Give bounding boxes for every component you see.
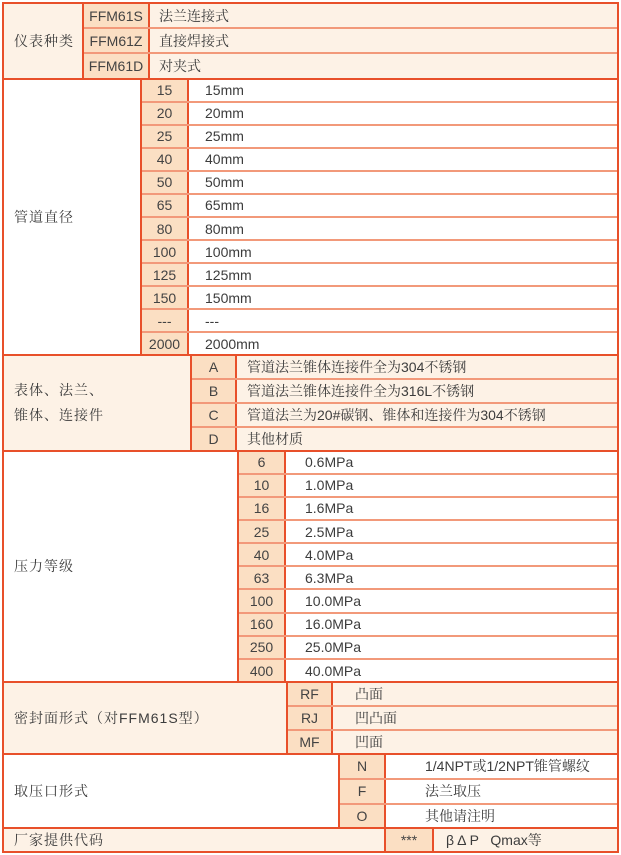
option-row: D其他材质 xyxy=(192,426,617,450)
option-code: 80 xyxy=(142,218,189,239)
option-desc: 凹凸面 xyxy=(333,707,617,729)
option-desc: 80mm xyxy=(189,218,617,239)
option-desc: 40mm xyxy=(189,149,617,170)
option-rows: N1/4NPT或1/2NPT锥管螺纹F法兰取压O其他请注明 xyxy=(340,755,617,828)
option-row: 2525mm xyxy=(142,124,617,147)
option-desc: 10.0MPa xyxy=(286,590,617,611)
section-label-line: 锥体、连接件 xyxy=(14,403,190,428)
section-2: 管道直径1515mm2020mm2525mm4040mm5050mm6565mm… xyxy=(4,78,617,355)
option-desc: 65mm xyxy=(189,195,617,216)
option-code: 20 xyxy=(142,103,189,124)
option-desc: 1.6MPa xyxy=(286,498,617,519)
section-5: 密封面形式（对FFM61S型）RF凸面RJ凹凸面MF凹面 xyxy=(4,681,617,753)
option-code: B xyxy=(192,380,237,402)
option-row: RJ凹凸面 xyxy=(288,705,617,729)
option-row: FFM61D对夹式 xyxy=(84,52,617,77)
section-1: 仪表种类FFM61S法兰连接式FFM61Z直接焊接式FFM61D对夹式 xyxy=(4,4,617,78)
option-desc: β Δ P Qmax等 xyxy=(434,829,617,851)
option-row: RF凸面 xyxy=(288,683,617,705)
section-4: 压力等级60.6MPa101.0MPa161.6MPa252.5MPa404.0… xyxy=(4,450,617,682)
selection-table: 仪表种类FFM61S法兰连接式FFM61Z直接焊接式FFM61D对夹式管道直径1… xyxy=(2,2,619,853)
option-code: 25 xyxy=(239,521,286,542)
option-desc: 6.3MPa xyxy=(286,567,617,588)
section-label: 仪表种类 xyxy=(4,4,84,78)
option-code: FFM61S xyxy=(84,4,150,27)
option-desc: 40.0MPa xyxy=(286,660,617,681)
option-row: 252.5MPa xyxy=(239,519,617,542)
option-desc: 管道法兰锥体连接件全为316L不锈钢 xyxy=(237,380,617,402)
option-row: 150150mm xyxy=(142,285,617,308)
option-code: 160 xyxy=(239,614,286,635)
option-row: FFM61S法兰连接式 xyxy=(84,4,617,27)
option-code: FFM61D xyxy=(84,54,150,77)
option-row: 5050mm xyxy=(142,170,617,193)
option-row: 2020mm xyxy=(142,101,617,124)
option-code: 2000 xyxy=(142,333,189,354)
option-row: 101.0MPa xyxy=(239,473,617,496)
option-row: A管道法兰锥体连接件全为304不锈钢 xyxy=(192,356,617,378)
option-row: C管道法兰为20#碳钢、锥体和连接件为304不锈钢 xyxy=(192,402,617,426)
section-label-line: 管道直径 xyxy=(14,205,140,230)
option-code: RJ xyxy=(288,707,333,729)
option-desc: 凸面 xyxy=(333,683,617,705)
section-label-line: 密封面形式（对FFM61S型） xyxy=(14,706,286,731)
option-code: --- xyxy=(142,310,189,331)
option-desc: 16.0MPa xyxy=(286,614,617,635)
section-label: 密封面形式（对FFM61S型） xyxy=(4,683,288,753)
option-desc: 50mm xyxy=(189,172,617,193)
option-row: B管道法兰锥体连接件全为316L不锈钢 xyxy=(192,378,617,402)
section-label-line: 取压口形式 xyxy=(14,779,338,804)
option-code: 50 xyxy=(142,172,189,193)
option-code: 40 xyxy=(239,544,286,565)
option-desc: 25mm xyxy=(189,126,617,147)
section-label: 取压口形式 xyxy=(4,755,340,828)
option-code: *** xyxy=(386,829,434,851)
option-row: 8080mm xyxy=(142,216,617,239)
option-rows: 1515mm2020mm2525mm4040mm5050mm6565mm8080… xyxy=(142,80,617,355)
option-desc: 其他材质 xyxy=(237,428,617,450)
option-desc: 对夹式 xyxy=(150,54,617,77)
option-desc: 100mm xyxy=(189,241,617,262)
option-rows: 60.6MPa101.0MPa161.6MPa252.5MPa404.0MPa6… xyxy=(239,452,617,682)
option-code: N xyxy=(340,755,386,778)
option-desc: 150mm xyxy=(189,287,617,308)
section-label: 管道直径 xyxy=(4,80,142,355)
section-3: 表体、法兰、锥体、连接件A管道法兰锥体连接件全为304不锈钢B管道法兰锥体连接件… xyxy=(4,354,617,449)
section-label-line: 仪表种类 xyxy=(14,29,82,54)
option-code: F xyxy=(340,780,386,803)
option-row: ------ xyxy=(142,308,617,331)
option-code: 63 xyxy=(239,567,286,588)
option-desc: 凹面 xyxy=(333,731,617,753)
option-row: 60.6MPa xyxy=(239,452,617,473)
option-row: ***β Δ P Qmax等 xyxy=(386,829,617,851)
option-desc: 法兰连接式 xyxy=(150,4,617,27)
option-row: 16016.0MPa xyxy=(239,612,617,635)
option-desc: 15mm xyxy=(189,80,617,101)
option-row: 636.3MPa xyxy=(239,565,617,588)
option-code: 150 xyxy=(142,287,189,308)
option-row: FFM61Z直接焊接式 xyxy=(84,27,617,52)
section-label-line: 压力等级 xyxy=(14,554,237,579)
option-row: 4040mm xyxy=(142,147,617,170)
option-desc: 0.6MPa xyxy=(286,452,617,473)
option-code: 65 xyxy=(142,195,189,216)
option-row: N1/4NPT或1/2NPT锥管螺纹 xyxy=(340,755,617,778)
option-code: MF xyxy=(288,731,333,753)
section-label-line: 表体、法兰、 xyxy=(14,378,190,403)
option-code: 15 xyxy=(142,80,189,101)
section-label: 表体、法兰、锥体、连接件 xyxy=(4,356,192,449)
option-row: 1515mm xyxy=(142,80,617,101)
option-desc: 2000mm xyxy=(189,333,617,354)
option-code: A xyxy=(192,356,237,378)
option-desc: 法兰取压 xyxy=(386,780,617,803)
option-row: O其他请注明 xyxy=(340,803,617,828)
option-row: F法兰取压 xyxy=(340,778,617,803)
option-code: 10 xyxy=(239,475,286,496)
option-desc: 其他请注明 xyxy=(386,805,617,828)
option-desc: 1.0MPa xyxy=(286,475,617,496)
option-code: 250 xyxy=(239,637,286,658)
option-rows: ***β Δ P Qmax等 xyxy=(386,829,617,851)
option-code: D xyxy=(192,428,237,450)
option-row: MF凹面 xyxy=(288,729,617,753)
option-code: O xyxy=(340,805,386,828)
page: 仪表种类FFM61S法兰连接式FFM61Z直接焊接式FFM61D对夹式管道直径1… xyxy=(0,0,621,855)
option-rows: A管道法兰锥体连接件全为304不锈钢B管道法兰锥体连接件全为316L不锈钢C管道… xyxy=(192,356,617,449)
option-desc: 4.0MPa xyxy=(286,544,617,565)
option-code: RF xyxy=(288,683,333,705)
option-desc: 管道法兰为20#碳钢、锥体和连接件为304不锈钢 xyxy=(237,404,617,426)
option-code: C xyxy=(192,404,237,426)
option-row: 25025.0MPa xyxy=(239,635,617,658)
option-row: 100100mm xyxy=(142,239,617,262)
option-rows: FFM61S法兰连接式FFM61Z直接焊接式FFM61D对夹式 xyxy=(84,4,617,78)
section-7: 厂家提供代码***β Δ P Qmax等 xyxy=(4,827,617,851)
section-label-line: 厂家提供代码 xyxy=(14,828,384,853)
option-row: 20002000mm xyxy=(142,331,617,354)
option-code: 25 xyxy=(142,126,189,147)
option-code: 100 xyxy=(239,590,286,611)
option-row: 6565mm xyxy=(142,193,617,216)
option-code: FFM61Z xyxy=(84,29,150,52)
option-code: 16 xyxy=(239,498,286,519)
option-desc: 20mm xyxy=(189,103,617,124)
option-code: 400 xyxy=(239,660,286,681)
option-code: 100 xyxy=(142,241,189,262)
option-code: 40 xyxy=(142,149,189,170)
section-label: 厂家提供代码 xyxy=(4,829,386,851)
option-code: 6 xyxy=(239,452,286,473)
option-row: 40040.0MPa xyxy=(239,658,617,681)
option-row: 161.6MPa xyxy=(239,496,617,519)
option-desc: 125mm xyxy=(189,264,617,285)
option-desc: 1/4NPT或1/2NPT锥管螺纹 xyxy=(386,755,617,778)
option-rows: RF凸面RJ凹凸面MF凹面 xyxy=(288,683,617,753)
option-desc: 直接焊接式 xyxy=(150,29,617,52)
option-desc: 2.5MPa xyxy=(286,521,617,542)
option-row: 10010.0MPa xyxy=(239,588,617,611)
section-6: 取压口形式N1/4NPT或1/2NPT锥管螺纹F法兰取压O其他请注明 xyxy=(4,753,617,828)
option-desc: --- xyxy=(189,310,617,331)
option-desc: 25.0MPa xyxy=(286,637,617,658)
option-row: 404.0MPa xyxy=(239,542,617,565)
section-label: 压力等级 xyxy=(4,452,239,682)
option-desc: 管道法兰锥体连接件全为304不锈钢 xyxy=(237,356,617,378)
option-row: 125125mm xyxy=(142,262,617,285)
option-code: 125 xyxy=(142,264,189,285)
